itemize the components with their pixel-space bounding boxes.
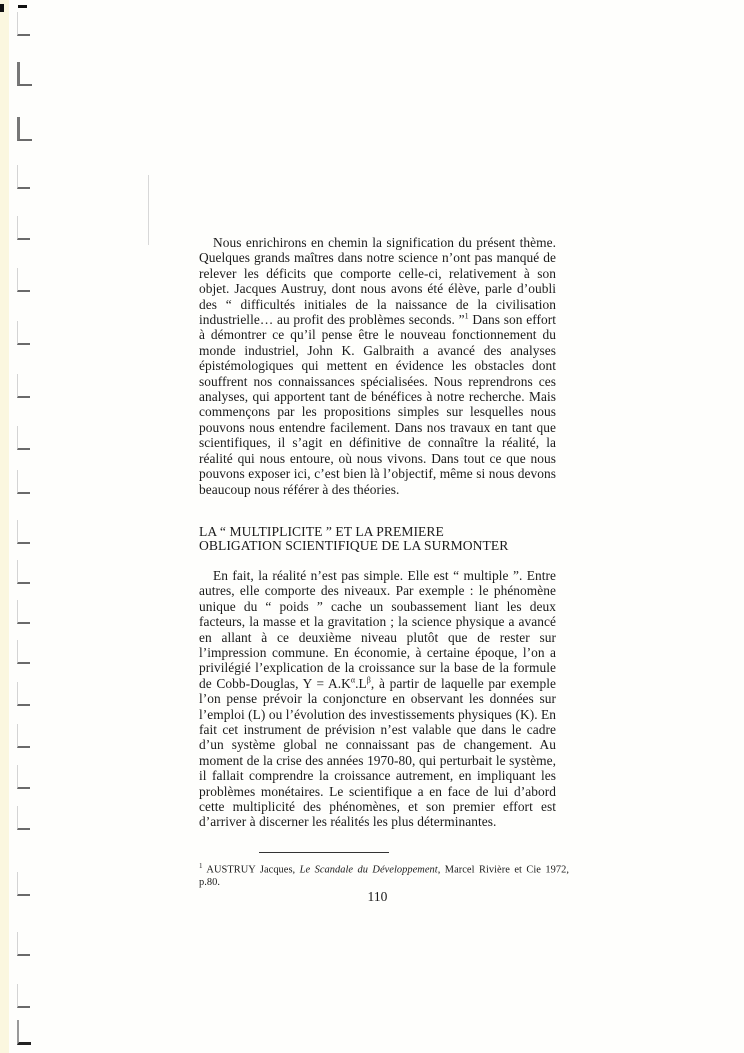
document-page: Nous enrichirons en chemin la significat… xyxy=(199,235,556,905)
binding-hole-mark xyxy=(17,560,30,584)
binding-hole-mark xyxy=(17,117,32,141)
binding-hole-mark xyxy=(17,426,30,450)
binding-hole-mark xyxy=(17,216,30,240)
binding-hole-mark xyxy=(17,872,30,896)
paragraph-text: Dans son effort à démontrer ce qu’il pen… xyxy=(199,312,556,496)
binding-hole-mark xyxy=(17,520,30,544)
binding-hole-mark xyxy=(17,165,30,189)
formula-text: .L xyxy=(355,676,367,691)
footnote: 1 AUSTRUY Jacques, Le Scandale du Dévelo… xyxy=(199,860,569,889)
section-heading-line: LA “ MULTIPLICITE ” ET LA PREMIERE xyxy=(199,525,556,540)
scan-top-tick xyxy=(18,5,27,8)
binding-hole-mark xyxy=(17,268,30,292)
footnote-separator xyxy=(259,852,389,853)
binding-hole-mark xyxy=(17,374,30,398)
binding-strip xyxy=(0,0,9,1053)
binding-hole-mark xyxy=(17,12,30,36)
binding-hole-mark xyxy=(17,600,30,624)
body-paragraph: Nous enrichirons en chemin la significat… xyxy=(199,235,556,497)
body-paragraph: En fait, la réalité n’est pas simple. El… xyxy=(199,568,556,830)
section-heading-line: OBLIGATION SCIENTIFIQUE DE LA SURMONTER xyxy=(199,539,556,554)
section-heading: LA “ MULTIPLICITE ” ET LA PREMIERE OBLIG… xyxy=(199,525,556,554)
page-number: 110 xyxy=(199,889,556,904)
footnote-title: Le Scandale du Développement xyxy=(300,864,438,875)
paragraph-text: , à partir de laquelle par exemple l’on … xyxy=(199,676,556,830)
paragraph-text: En fait, la réalité n’est pas simple. El… xyxy=(199,568,556,691)
binding-hole-mark xyxy=(17,321,30,345)
binding-hole-mark xyxy=(17,724,30,748)
binding-hole-mark xyxy=(17,470,30,494)
scan-artifact-line xyxy=(148,175,149,245)
binding-hole-mark xyxy=(17,806,30,830)
binding-hole-mark xyxy=(17,682,30,706)
binding-hole-mark xyxy=(17,765,30,789)
binding-hole-mark xyxy=(17,932,30,956)
footnote-author: AUSTRUY Jacques, xyxy=(203,864,300,875)
binding-hole-mark xyxy=(17,984,30,1008)
scan-corner-mark xyxy=(0,4,4,12)
binding-hole-mark xyxy=(17,1020,31,1045)
binding-hole-mark xyxy=(17,62,32,86)
binding-hole-mark xyxy=(17,640,30,664)
